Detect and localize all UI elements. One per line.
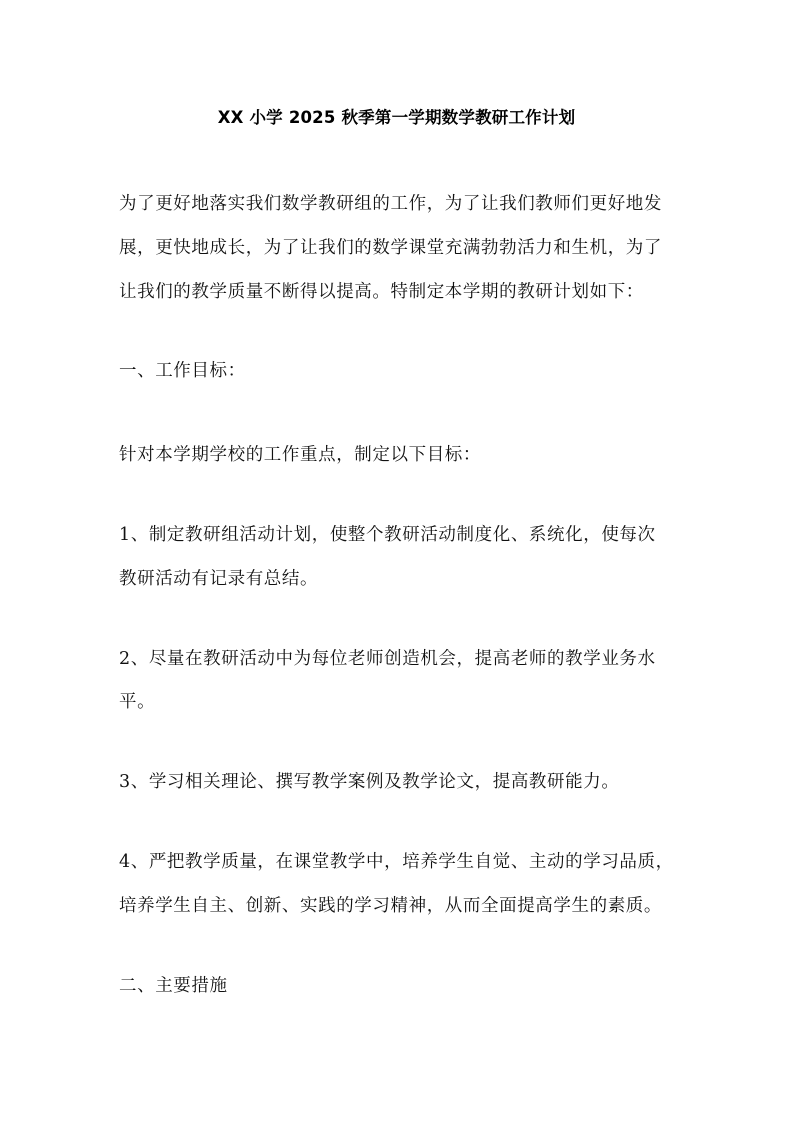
section-1-lead: 针对本学期学校的工作重点，制定以下目标：: [119, 441, 481, 466]
section-1-heading: 一、工作目标：: [119, 357, 246, 382]
document-title: XX 小学 2025 秋季第一学期数学教研工作计划: [0, 104, 793, 128]
goal-2-line-2: 平。: [119, 688, 155, 713]
goal-4-line-2: 培养学生自主、创新、实践的学习精神，从而全面提高学生的素质。: [119, 892, 662, 917]
goal-1-line-2: 教研活动有记录有总结。: [119, 565, 318, 590]
intro-line-3: 让我们的教学质量不断得以提高。特制定本学期的教研计划如下：: [119, 278, 644, 303]
section-2-heading: 二、主要措施: [119, 972, 228, 997]
goal-2-line-1: 2、尽量在教研活动中为每位老师创造机会，提高老师的教学业务水: [119, 645, 656, 670]
goal-4-line-1: 4、严把教学质量，在课堂教学中，培养学生自觉、主动的学习品质，: [119, 848, 674, 873]
goal-1-line-1: 1、制定教研组活动计划，使整个教研活动制度化、系统化，使每次: [119, 521, 656, 546]
intro-line-1: 为了更好地落实我们数学教研组的工作，为了让我们教师们更好地发: [119, 190, 662, 215]
intro-line-2: 展，更快地成长，为了让我们的数学课堂充满勃勃活力和生机，为了: [119, 234, 662, 259]
goal-3-line-1: 3、学习相关理论、撰写教学案例及教学论文，提高教研能力。: [119, 768, 619, 793]
